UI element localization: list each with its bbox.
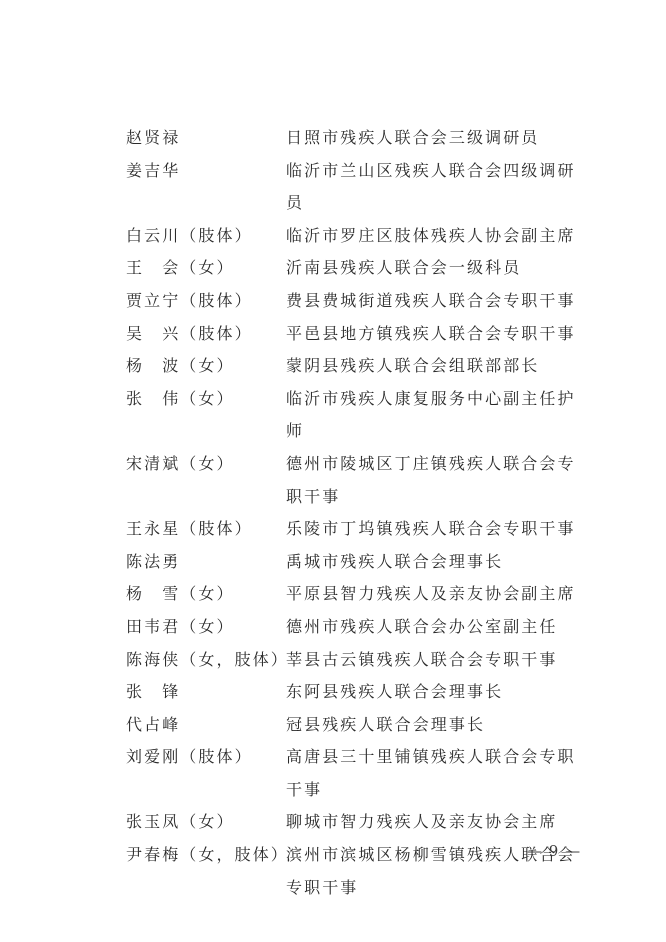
list-item: 刘爱刚（肢体） 高唐县三十里铺镇残疾人联合会专职干事 <box>126 741 596 806</box>
person-name: 王 会（女） <box>126 252 286 285</box>
person-name: 吴 兴（肢体） <box>126 318 286 351</box>
person-position: 东阿县残疾人联合会理事长 <box>286 676 586 709</box>
list-item: 吴 兴（肢体） 平邑县地方镇残疾人联合会专职干事 <box>126 318 596 351</box>
person-position: 费县费城街道残疾人联合会专职干事 <box>286 285 586 318</box>
person-name: 陈海侠（女，肢体） <box>126 644 286 677</box>
person-name: 宋清斌（女） <box>126 448 286 481</box>
person-name: 代占峰 <box>126 709 286 742</box>
person-position: 临沂市兰山区残疾人联合会四级调研员 <box>286 155 586 220</box>
person-position: 聊城市智力残疾人及亲友协会主席 <box>286 806 586 839</box>
person-position: 蒙阴县残疾人联合会组联部部长 <box>286 350 586 383</box>
list-item: 张玉凤（女） 聊城市智力残疾人及亲友协会主席 <box>126 806 596 839</box>
person-name: 杨 雪（女） <box>126 578 286 611</box>
person-name: 贾立宁（肢体） <box>126 285 286 318</box>
list-item: 赵贤禄 日照市残疾人联合会三级调研员 <box>126 122 596 155</box>
person-name: 陈法勇 <box>126 546 286 579</box>
name-list: 赵贤禄 日照市残疾人联合会三级调研员 姜吉华 临沂市兰山区残疾人联合会四级调研员… <box>126 122 596 904</box>
list-item: 姜吉华 临沂市兰山区残疾人联合会四级调研员 <box>126 155 596 220</box>
list-item: 王永星（肢体） 乐陵市丁坞镇残疾人联合会专职干事 <box>126 513 596 546</box>
person-position: 冠县残疾人联合会理事长 <box>286 709 586 742</box>
person-position: 平原县智力残疾人及亲友协会副主席 <box>286 578 586 611</box>
list-item: 杨 波（女） 蒙阴县残疾人联合会组联部部长 <box>126 350 596 383</box>
person-position: 莘县古云镇残疾人联合会专职干事 <box>286 644 586 677</box>
person-position: 沂南县残疾人联合会一级科员 <box>286 252 586 285</box>
person-name: 王永星（肢体） <box>126 513 286 546</box>
list-item: 张 伟（女） 临沂市残疾人康复服务中心副主任护师 <box>126 383 596 448</box>
person-position: 临沂市罗庄区肢体残疾人协会副主席 <box>286 220 586 253</box>
person-position: 平邑县地方镇残疾人联合会专职干事 <box>286 318 586 351</box>
person-name: 田韦君（女） <box>126 611 286 644</box>
list-item: 尹春梅（女，肢体） 滨州市滨城区杨柳雪镇残疾人联合会专职干事 <box>126 839 596 904</box>
list-item: 陈海侠（女，肢体） 莘县古云镇残疾人联合会专职干事 <box>126 644 596 677</box>
person-position: 高唐县三十里铺镇残疾人联合会专职干事 <box>286 741 586 806</box>
document-page: 赵贤禄 日照市残疾人联合会三级调研员 姜吉华 临沂市兰山区残疾人联合会四级调研员… <box>0 0 666 942</box>
person-name: 张 锋 <box>126 676 286 709</box>
list-item: 杨 雪（女） 平原县智力残疾人及亲友协会副主席 <box>126 578 596 611</box>
person-name: 姜吉华 <box>126 155 286 188</box>
person-name: 张 伟（女） <box>126 383 286 416</box>
page-number: — 9 — <box>527 842 581 860</box>
person-position: 德州市残疾人联合会办公室副主任 <box>286 611 586 644</box>
list-item: 代占峰 冠县残疾人联合会理事长 <box>126 709 596 742</box>
list-item: 宋清斌（女） 德州市陵城区丁庄镇残疾人联合会专职干事 <box>126 448 596 513</box>
list-item: 陈法勇 禹城市残疾人联合会理事长 <box>126 546 596 579</box>
list-item: 贾立宁（肢体） 费县费城街道残疾人联合会专职干事 <box>126 285 596 318</box>
person-position: 日照市残疾人联合会三级调研员 <box>286 122 586 155</box>
list-item: 田韦君（女） 德州市残疾人联合会办公室副主任 <box>126 611 596 644</box>
list-item: 张 锋 东阿县残疾人联合会理事长 <box>126 676 596 709</box>
person-position: 乐陵市丁坞镇残疾人联合会专职干事 <box>286 513 586 546</box>
list-item: 白云川（肢体） 临沂市罗庄区肢体残疾人协会副主席 <box>126 220 596 253</box>
person-name: 杨 波（女） <box>126 350 286 383</box>
list-item: 王 会（女） 沂南县残疾人联合会一级科员 <box>126 252 596 285</box>
person-name: 张玉凤（女） <box>126 806 286 839</box>
person-name: 赵贤禄 <box>126 122 286 155</box>
person-position: 临沂市残疾人康复服务中心副主任护师 <box>286 383 586 448</box>
person-position: 禹城市残疾人联合会理事长 <box>286 546 586 579</box>
person-name: 白云川（肢体） <box>126 220 286 253</box>
person-name: 刘爱刚（肢体） <box>126 741 286 774</box>
person-position: 德州市陵城区丁庄镇残疾人联合会专职干事 <box>286 448 586 513</box>
person-name: 尹春梅（女，肢体） <box>126 839 286 872</box>
